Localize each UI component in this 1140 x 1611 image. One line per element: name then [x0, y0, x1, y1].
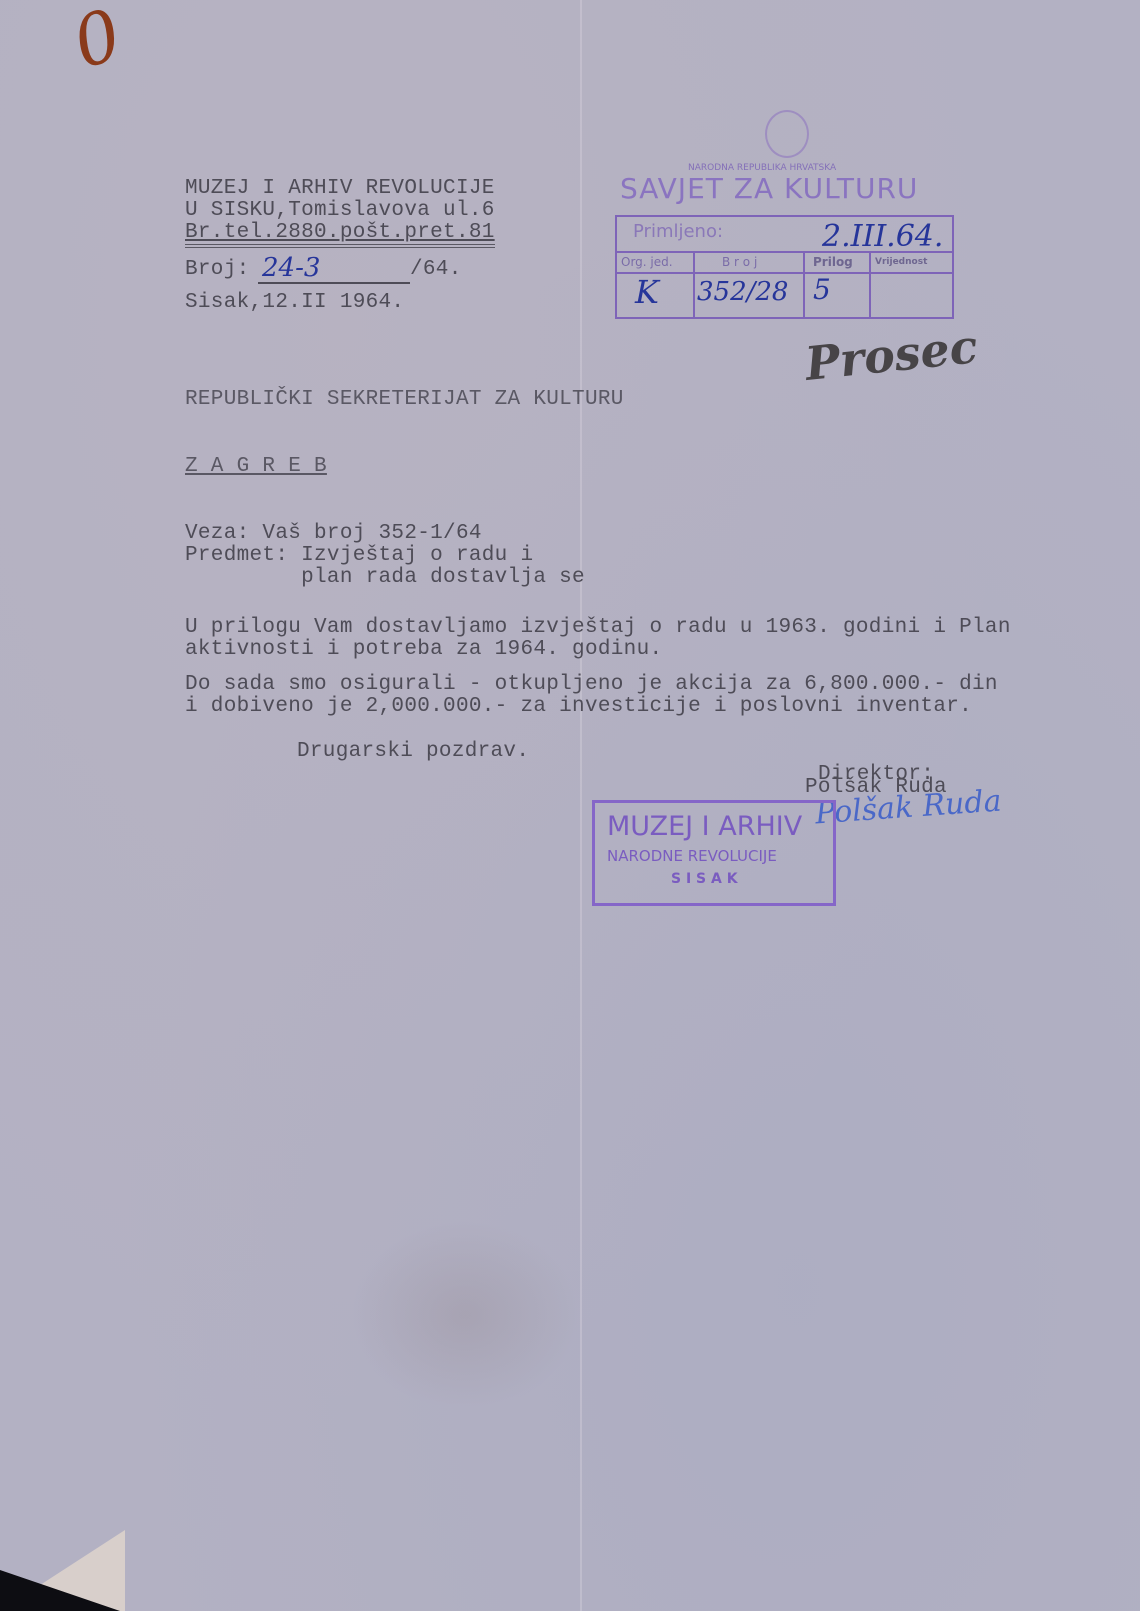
broj-suffix: /64.: [410, 259, 462, 281]
body-para2-line1: Do sada smo osigurali - otkupljeno je ak…: [185, 674, 998, 696]
body-para1-line1: U prilogu Vam dostavljamo izvještaj o ra…: [185, 617, 1011, 639]
date-line: Sisak,12.II 1964.: [185, 292, 404, 314]
primljeno-date: 2.III.64.: [822, 219, 943, 254]
museum-stamp: MUZEJ I ARHIV NARODNE REVOLUCIJE S I S A…: [592, 800, 836, 906]
museum-stamp-line1: MUZEJ I ARHIV: [607, 811, 802, 842]
body-para2-line2: i dobiveno je 2,000.000.- za investicije…: [185, 696, 972, 718]
received-stamp-table: Primljeno: 2.III.64. Org. jed. B r o j P…: [615, 215, 954, 319]
primljeno-label: Primljeno:: [633, 221, 723, 242]
body-para1-line2: aktivnosti i potreba za 1964. godinu.: [185, 639, 662, 661]
paper-stain: [350, 1220, 580, 1410]
corner-note: 0: [63, 0, 131, 85]
reference-veza: Veza: Vaš broj 352-1/64: [185, 523, 482, 545]
scanned-letter: 0 MUZEJ I ARHIV REVOLUCIJE U SISKU,Tomis…: [0, 0, 1140, 1611]
col-broj: B r o j: [722, 255, 757, 269]
paper-fold: [580, 0, 582, 1611]
val-broj: 352/28: [697, 277, 788, 307]
col-vrijednost: Vrijednost: [875, 257, 927, 267]
letterhead-line2: U SISKU,Tomislavova ul.6: [185, 200, 495, 222]
recipient-city: Z A G R E B: [185, 456, 327, 478]
val-org-jed: K: [635, 273, 659, 311]
col-org-jed: Org. jed.: [621, 255, 673, 269]
closing: Drugarski pozdrav.: [297, 741, 529, 763]
reference-predmet-2: plan rada dostavlja se: [185, 567, 585, 589]
recipient-line1: REPUBLIČKI SEKRETERIJAT ZA KULTURU: [185, 389, 624, 411]
col-prilog: Prilog: [813, 255, 853, 269]
letterhead-line1: MUZEJ I ARHIV REVOLUCIJE: [185, 178, 495, 200]
val-prilog: 5: [813, 273, 831, 306]
letterhead-line3: Br.tel.2880.pošt.pret.81: [185, 222, 495, 248]
handwritten-note: Prosec: [803, 319, 980, 391]
reference-predmet-1: Predmet: Izvještaj o radu i: [185, 545, 533, 567]
broj-handwritten: 24-3: [262, 253, 320, 283]
museum-stamp-line2: NARODNE REVOLUCIJE: [607, 847, 777, 865]
museum-stamp-line3: S I S A K: [671, 871, 738, 887]
broj-label: Broj:: [185, 259, 250, 281]
emblem-icon: [765, 110, 809, 158]
stamp-title: SAVJET ZA KULTURU: [620, 172, 918, 205]
scan-background: [0, 1570, 120, 1611]
